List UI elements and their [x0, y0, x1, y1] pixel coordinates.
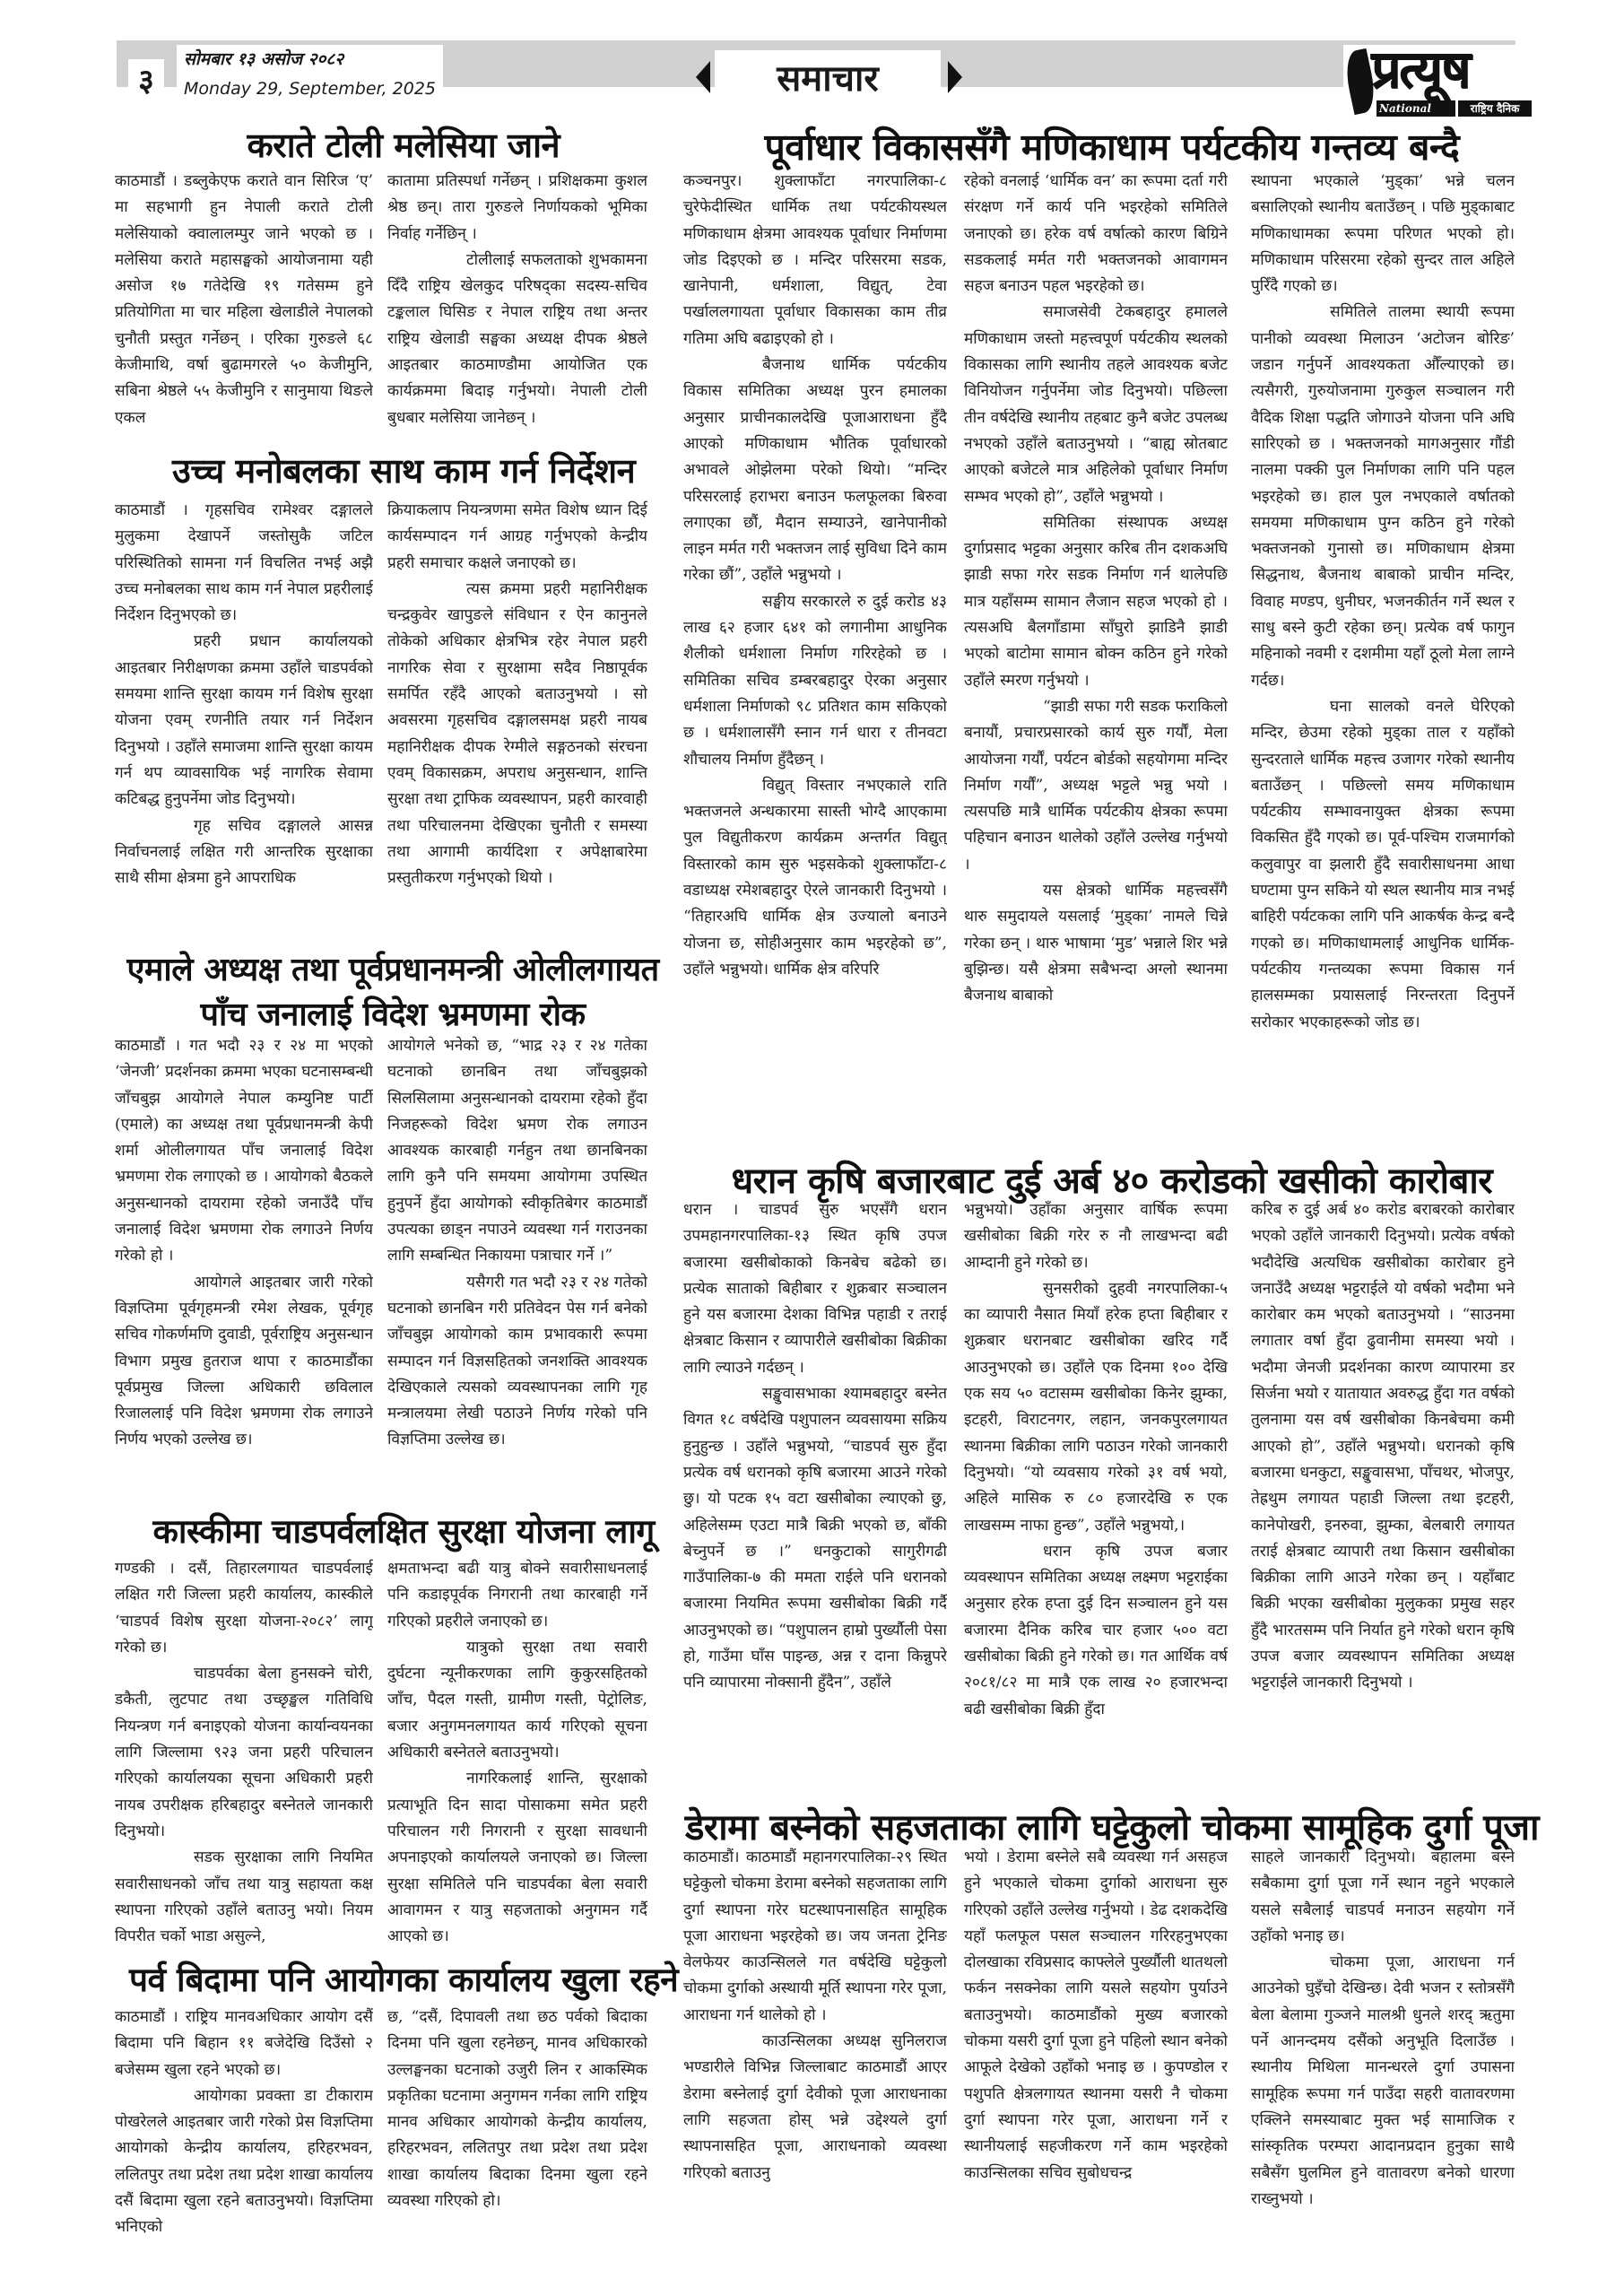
- paragraph: चाडपर्वका बेला हुनसक्ने चोरी, डकैती, लुट…: [115, 1661, 373, 1845]
- article-column: काठमाडौं । गृहसचिव रामेश्वर दङ्गालले मुल…: [115, 498, 373, 944]
- article-column: भयो । डेरामा बस्नेले सबै व्यवस्था गर्न अ…: [964, 1845, 1228, 2275]
- paragraph: क्षमताभन्दा बढी यात्रु बोक्ने सवारीसाधनल…: [387, 1556, 647, 1635]
- article-column: कञ्चनपुर। शुक्लाफाँटा नगरपालिका-८ चुरेफे…: [683, 169, 947, 1146]
- paragraph: काठमाडौं। काठमाडौं महानगरपालिका-२९ स्थित…: [683, 1845, 947, 2029]
- headline: पूर्वाधार विकाससँगै मणिकाधाम पर्यटकीय गन…: [765, 121, 1460, 171]
- paragraph: भन्नुभयो। उहाँका अनुसार वार्षिक रूपमा खस…: [964, 1197, 1228, 1276]
- paragraph: क्रियाकलाप नियन्त्रणमा समेत विशेष ध्यान …: [387, 498, 647, 577]
- paragraph: “झाडी सफा गरी सडक फराकिलो बनायौं, प्रचार…: [964, 694, 1228, 878]
- logo-tagline-np: राष्ट्रिय दैनिक: [1458, 100, 1532, 117]
- paragraph: कातामा प्रतिस्पर्धा गर्नेछन् । प्रशिक्षक…: [387, 169, 647, 248]
- paragraph: समितिले तालमा स्थायी रूपमा पानीको व्यवस्…: [1251, 300, 1515, 693]
- paragraph: कञ्चनपुर। शुक्लाफाँटा नगरपालिका-८ चुरेफे…: [683, 169, 947, 352]
- paragraph: साहले जानकारी दिनुभयो। बहालमा बस्ने सबैक…: [1251, 1845, 1515, 1950]
- article-column: काठमाडौं । गत भदौ २३ र २४ मा भएको ‘जेनजी…: [115, 1033, 373, 1482]
- paragraph: आयोगका प्रवक्ता डा टीकाराम पोखरेलले आइतब…: [115, 2083, 373, 2241]
- paragraph: गृह सचिव दङ्गालले आसन्न निर्वाचनलाई लक्ष…: [115, 813, 373, 892]
- article-column: धरान । चाडपर्व सुरु भएसँगै धरान उपमहानगर…: [683, 1197, 947, 1794]
- headline: पर्व बिदामा पनि आयोगका कार्यालय खुला रहन…: [129, 1955, 678, 2001]
- headline: उच्च मनोबलका साथ काम गर्न निर्देशन: [172, 447, 635, 493]
- headline-line-2: पाँच जनालाई विदेश भ्रमणमा रोक: [201, 991, 586, 1035]
- left-arrow-icon: [696, 61, 710, 93]
- paragraph: छ, “दसैं, दिपावली तथा छठ पर्वको बिदाका द…: [387, 2005, 647, 2214]
- paragraph: धरान कृषि उपज बजार व्यवस्थापन समितिका अध…: [964, 1539, 1228, 1723]
- article-column: काठमाडौं। काठमाडौं महानगरपालिका-२९ स्थित…: [683, 1845, 947, 2275]
- paragraph: काठमाडौं । डब्लुकेएफ कराते वान सिरिज ‘ए’…: [115, 169, 373, 430]
- paragraph: भयो । डेरामा बस्नेले सबै व्यवस्था गर्न अ…: [964, 1845, 1228, 2187]
- paragraph: धरान । चाडपर्व सुरु भएसँगै धरान उपमहानगर…: [683, 1197, 947, 1381]
- paragraph: यसैगरी गत भदौ २३ र २४ गतेको घटनाको छानबि…: [387, 1270, 647, 1454]
- paragraph: गण्डकी । दसैं, तिहारलगायत चाडपर्वलाई लक्…: [115, 1556, 373, 1661]
- article-column: करिब रु दुई अर्ब ४० करोड बराबरको कारोबार…: [1251, 1197, 1515, 1794]
- article-column: भन्नुभयो। उहाँका अनुसार वार्षिक रूपमा खस…: [964, 1197, 1228, 1794]
- paragraph: काठमाडौं । गृहसचिव रामेश्वर दङ्गालले मुल…: [115, 498, 373, 629]
- paragraph: टोलीलाई सफलताको शुभकामना दिँदै राष्ट्रिय…: [387, 248, 647, 430]
- page-number: ३: [128, 59, 164, 102]
- paragraph: रहेको वनलाई ‘धार्मिक वन’ का रूपमा दर्ता …: [964, 169, 1228, 300]
- paragraph: त्यस क्रममा प्रहरी महानिरीक्षक चन्द्रकुव…: [387, 577, 647, 892]
- headline: कास्कीमा चाडपर्वलक्षित सुरक्षा योजना लाग…: [153, 1507, 655, 1552]
- article-column: काठमाडौं । राष्ट्रिय मानवअधिकार आयोग दसै…: [115, 2005, 373, 2274]
- article-column: काठमाडौं । डब्लुकेएफ कराते वान सिरिज ‘ए’…: [115, 169, 373, 430]
- paragraph: प्रहरी प्रधान कार्यालयको आइतबार निरीक्षण…: [115, 629, 373, 813]
- paragraph: सङ्खुवासभाका श्यामबहादुर बस्नेत विगत १८ …: [683, 1381, 947, 1697]
- paragraph: यात्रुको सुरक्षा तथा सवारी दुर्घटना न्यू…: [387, 1635, 647, 1766]
- headline-line-1: एमाले अध्यक्ष तथा पूर्वप्रधानमन्त्री ओली…: [127, 946, 659, 990]
- headline: डेरामा बस्नेको सहजताका लागि घट्टेकुलो चो…: [685, 1801, 1539, 1850]
- paragraph: विद्युत् विस्तार नभएकाले राति भक्तजनले अ…: [683, 773, 947, 983]
- article-column: साहले जानकारी दिनुभयो। बहालमा बस्ने सबैक…: [1251, 1845, 1515, 2275]
- paragraph: आयोगले भनेको छ, “भाद्र २३ र २४ गतेका घटन…: [387, 1033, 647, 1270]
- article-column: कातामा प्रतिस्पर्धा गर्नेछन् । प्रशिक्षक…: [387, 169, 647, 430]
- paragraph: यस क्षेत्रको धार्मिक महत्त्वसँगै थारु सम…: [964, 878, 1228, 1009]
- logo-title: प्रत्यूष: [1372, 41, 1470, 99]
- paragraph: स्थापना भएकाले ‘मुड्का’ भन्ने चलन बसालिए…: [1251, 169, 1515, 300]
- article-column: क्रियाकलाप नियन्त्रणमा समेत विशेष ध्यान …: [387, 498, 647, 944]
- paragraph: सुनसरीको दुहवी नगरपालिका-५ का व्यापारी न…: [964, 1276, 1228, 1539]
- article-column: स्थापना भएकाले ‘मुड्का’ भन्ने चलन बसालिए…: [1251, 169, 1515, 1146]
- article-column: क्षमताभन्दा बढी यात्रु बोक्ने सवारीसाधनल…: [387, 1556, 647, 1951]
- date-english: Monday 29, September, 2025: [184, 79, 436, 99]
- article-column: रहेको वनलाई ‘धार्मिक वन’ का रूपमा दर्ता …: [964, 169, 1228, 1146]
- paragraph: समितिका संस्थापक अध्यक्ष दुर्गाप्रसाद भट…: [964, 510, 1228, 694]
- date-nepali: सोमबार १३ असोज २०८२: [184, 47, 343, 70]
- article-column: गण्डकी । दसैं, तिहारलगायत चाडपर्वलाई लक्…: [115, 1556, 373, 1951]
- paragraph: सङ्घीय सरकारले रु दुई करोड ४३ लाख ६२ हजा…: [683, 589, 947, 773]
- logo-tagline-en: National Daily: [1376, 100, 1455, 117]
- paragraph: काठमाडौं । गत भदौ २३ र २४ मा भएको ‘जेनजी…: [115, 1033, 373, 1270]
- paragraph: बैजनाथ धार्मिक पर्यटकीय विकास समितिका अध…: [683, 352, 947, 589]
- paragraph: समाजसेवी टेकबहादुर हमालले मणिकाधाम जस्तो…: [964, 300, 1228, 509]
- paragraph: चोकमा पूजा, आराधना गर्न आउनेको घुइँचो दे…: [1251, 1950, 1515, 2213]
- headline: धरान कृषि बजारबाट दुई अर्ब ४० करोडको खसी…: [732, 1154, 1493, 1204]
- paragraph: नागरिकलाई शान्ति, सुरक्षाको प्रत्याभूति …: [387, 1766, 647, 1950]
- headline: कराते टोली मलेसिया जाने: [248, 121, 560, 168]
- article-column: आयोगले भनेको छ, “भाद्र २३ र २४ गतेका घटन…: [387, 1033, 647, 1482]
- paragraph: काठमाडौं । राष्ट्रिय मानवअधिकार आयोग दसै…: [115, 2005, 373, 2083]
- paragraph: सडक सुरक्षाका लागि नियमित सवारीसाधनको जा…: [115, 1845, 373, 1950]
- paragraph: करिब रु दुई अर्ब ४० करोड बराबरको कारोबार…: [1251, 1197, 1515, 1697]
- paragraph: काउन्सिलका अध्यक्ष सुनिलराज भण्डारीले वि…: [683, 2029, 947, 2187]
- paragraph: आयोगले आइतबार जारी गरेको विज्ञप्तिमा पूर…: [115, 1270, 373, 1454]
- article-column: छ, “दसैं, दिपावली तथा छठ पर्वको बिदाका द…: [387, 2005, 647, 2274]
- paragraph: घना सालको वनले घेरिएको मन्दिर, छेउमा रहे…: [1251, 694, 1515, 1036]
- right-arrow-icon: [948, 61, 962, 93]
- section-title: समाचार: [715, 50, 941, 108]
